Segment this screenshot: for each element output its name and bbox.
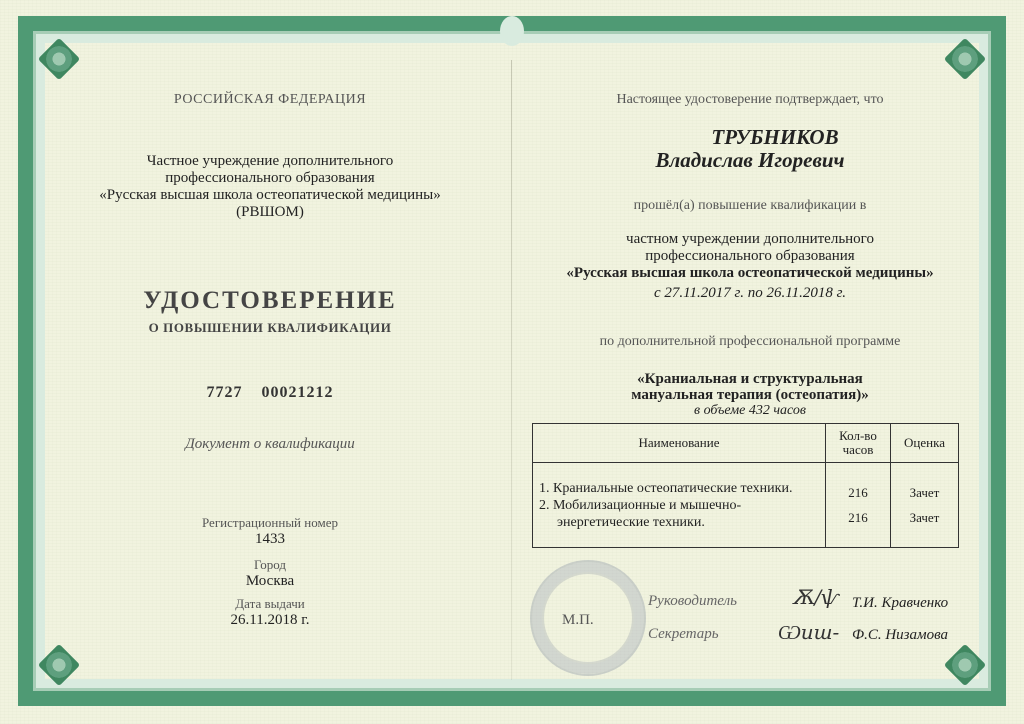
document-subtitle: О ПОВЫШЕНИИ КВАЛИФИКАЦИИ (40, 320, 500, 336)
column-header-name: Наименование (533, 424, 826, 463)
left-page: РОССИЙСКАЯ ФЕДЕРАЦИЯ Частное учреждение … (40, 0, 500, 724)
country-header: РОССИЙСКАЯ ФЕДЕРАЦИЯ (40, 92, 500, 108)
signature-head: Ѫ/ѱ (792, 585, 839, 609)
organization-line: Частное учреждение дополнительного (40, 153, 500, 170)
training-period: с 27.11.2017 г. по 26.11.2018 г. (520, 285, 980, 302)
institution: частном учреждении дополнительного профе… (520, 231, 980, 282)
holder-surname: ТРУБНИКОВ (570, 125, 980, 150)
table-row: 1. Краниальные остеопатические техники. … (533, 463, 959, 548)
signatory-name-secretary: Ф.С. Низамова (852, 627, 948, 644)
signature-secretary: Ѡиш- (778, 620, 839, 645)
course-grade: Зачет (892, 509, 957, 526)
course-hours: 216 (827, 509, 889, 526)
page-fold (511, 60, 512, 680)
program-line: мануальная терапия (остеопатия)» (520, 387, 980, 403)
city-value: Москва (40, 573, 500, 590)
program-line: «Краниальная и структуральная (520, 371, 980, 387)
document-title: УДОСТОВЕРЕНИЕ (40, 287, 500, 315)
program-label: по дополнительной профессиональной прогр… (520, 334, 980, 350)
column-header-grade: Оценка (891, 424, 959, 463)
course-name: 2. Мобилизационные и мышечно-энергетичес… (539, 497, 819, 531)
city-label: Город (40, 557, 500, 573)
registration-label: Регистрационный номер (40, 515, 500, 531)
course-hours: 216 (827, 484, 889, 501)
signatory-role-head: Руководитель (648, 593, 737, 610)
program-name: «Краниальная и структуральная мануальная… (520, 371, 980, 403)
confirmation-text: Настоящее удостоверение подтверждает, чт… (520, 92, 980, 108)
institution-line: профессионального образования (520, 248, 980, 265)
stamp-label: М.П. (562, 612, 594, 629)
organization-line: «Русская высшая школа остеопатической ме… (40, 187, 500, 204)
courses-table: Наименование Кол-во часов Оценка 1. Кран… (532, 423, 959, 548)
course-hours-cell: 216 216 (826, 463, 891, 548)
signatory-name-head: Т.И. Кравченко (852, 595, 948, 612)
serial-number: 7727 00021212 (40, 384, 500, 402)
holder-given-name: Владислав Игоревич (520, 148, 980, 173)
organization-abbreviation: (РВШОМ) (40, 204, 500, 221)
issue-date-value: 26.11.2018 г. (40, 612, 500, 629)
passed-text: прошёл(а) повышение квалификации в (520, 198, 980, 214)
course-name: 1. Краниальные остеопатические техники. (539, 480, 819, 497)
institution-name: «Русская высшая школа остеопатической ме… (520, 265, 980, 282)
registration-number: 1433 (40, 531, 500, 548)
signatory-role-secretary: Секретарь (648, 626, 719, 643)
document-type: Документ о квалификации (40, 436, 500, 453)
issuing-organization: Частное учреждение дополнительного профе… (40, 153, 500, 221)
series: 7727 (207, 384, 243, 401)
course-names-cell: 1. Краниальные остеопатические техники. … (533, 463, 826, 548)
course-grade: Зачет (892, 484, 957, 501)
table-header-row: Наименование Кол-во часов Оценка (533, 424, 959, 463)
organization-line: профессионального образования (40, 170, 500, 187)
program-volume: в объеме 432 часов (520, 403, 980, 419)
number: 00021212 (262, 384, 334, 401)
institution-line: частном учреждении дополнительного (520, 231, 980, 248)
course-grade-cell: Зачет Зачет (891, 463, 959, 548)
issue-date-label: Дата выдачи (40, 596, 500, 612)
column-header-hours: Кол-во часов (826, 424, 891, 463)
